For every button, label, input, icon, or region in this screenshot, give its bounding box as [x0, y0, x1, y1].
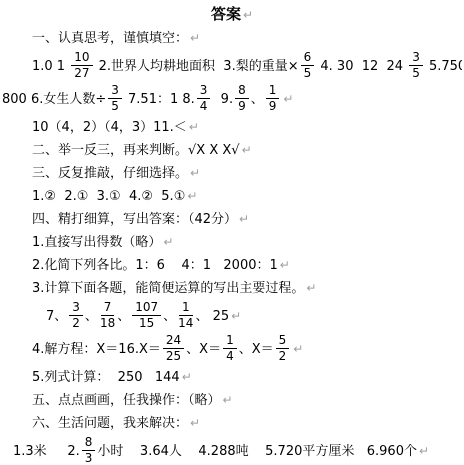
fraction-denominator: 9 — [238, 99, 246, 113]
text-run: 3.计算下面各题，能简便运算的写出主要过程。 — [32, 281, 304, 296]
paragraph-mark-icon: ↵ — [163, 235, 173, 249]
text-run: 四、精打细算，写出答案：（42分） — [32, 212, 237, 227]
text-run: 二、举一反三，再来判断。√X X X√ — [32, 143, 240, 158]
paragraph-mark-icon: ↵ — [280, 258, 290, 272]
paragraph-mark-icon: ↵ — [419, 444, 429, 458]
document-line: 1.0 1 1027 2.世界人均耕地面积 3.梨的重量×65 4. 30 12… — [2, 50, 462, 83]
text-run: 4.解方程：X＝16.X＝ — [32, 342, 161, 357]
fraction-denominator: 4 — [226, 349, 234, 363]
fraction-numerator: 3 — [108, 84, 122, 99]
document-line: 7、32、718、10715、114、 25↵ — [2, 300, 462, 333]
text-run: 、X＝ — [239, 342, 274, 357]
fraction-denominator: 25 — [166, 349, 181, 363]
text-run: 5.列式计算： 250 144 — [32, 370, 180, 385]
text-run: 答案 — [211, 5, 241, 23]
fraction: 89 — [235, 84, 249, 112]
fraction: 114 — [178, 301, 193, 329]
fraction-numerator: 5 — [276, 334, 290, 349]
fraction-denominator: 2 — [72, 316, 80, 330]
text-run: 、 25 — [195, 309, 229, 324]
document-lines: 答案↵一、认真思考，谨慎填空：↵1.0 1 1027 2.世界人均耕地面积 3.… — [2, 2, 462, 465]
fraction-numerator: 1 — [223, 334, 237, 349]
fraction-numerator: 3 — [197, 84, 211, 99]
paragraph-mark-icon: ↵ — [223, 393, 233, 407]
text-run: 、X＝ — [186, 342, 221, 357]
fraction: 35 — [409, 51, 423, 79]
fraction-numerator: 8 — [82, 436, 96, 451]
document-line: 800 6.女生人数÷35 7.51：1 8.34 9.89、19↵ — [2, 83, 462, 116]
fraction-numerator: 7 — [101, 301, 115, 316]
fraction-denominator: 3 — [85, 451, 93, 465]
text-run: 9. — [212, 92, 233, 107]
fraction-numerator: 24 — [163, 334, 184, 349]
fraction: 35 — [108, 84, 122, 112]
fraction-denominator: 5 — [412, 66, 420, 80]
fraction-numerator: 8 — [235, 84, 249, 99]
document-line: 1.直接写出得数（略）↵ — [2, 231, 462, 254]
fraction: 83 — [82, 436, 96, 464]
fraction-denominator: 15 — [139, 316, 154, 330]
fraction: 10715 — [132, 301, 161, 329]
paragraph-mark-icon: ↵ — [293, 342, 303, 356]
fraction-numerator: 3 — [69, 301, 83, 316]
fraction: 19 — [266, 84, 280, 112]
fraction: 34 — [197, 84, 211, 112]
document-line: 4.解方程：X＝16.X＝2425、X＝14、X＝52↵ — [2, 333, 462, 366]
document-line: 六、生活问题，我来解决：↵ — [2, 412, 462, 435]
fraction-denominator: 18 — [100, 316, 115, 330]
text-run: 、 — [117, 309, 130, 324]
document-line: 10（4，2）（4，3）11.＜↵ — [2, 116, 462, 139]
text-run: 一、认真思考，谨慎填空： — [32, 31, 188, 46]
text-run: 、 — [85, 309, 98, 324]
fraction-denominator: 9 — [269, 99, 277, 113]
document-page: 答案↵一、认真思考，谨慎填空：↵1.0 1 1027 2.世界人均耕地面积 3.… — [0, 0, 464, 465]
text-run: 五、点点画画，任我操作：（略） — [32, 393, 221, 408]
fraction: 718 — [100, 301, 115, 329]
document-line: 二、举一反三，再来判断。√X X X√↵ — [2, 139, 462, 162]
document-line: 2.化简下列各比。1：6 4：1 2000：1↵ — [2, 254, 462, 277]
text-run: 4. 30 12 24 — [316, 59, 407, 74]
fraction-denominator: 2 — [279, 349, 287, 363]
document-line: 一、认真思考，谨慎填空：↵ — [2, 27, 462, 50]
text-run: 三、反复推敲，仔细选择。 — [32, 166, 188, 181]
fraction-numerator: 1 — [266, 84, 280, 99]
page-title: 答案↵ — [2, 2, 462, 27]
document-line: 3.计算下面各题，能简便运算的写出主要过程。↵ — [2, 277, 462, 300]
text-run: 1.直接写出得数（略） — [32, 235, 161, 250]
paragraph-mark-icon: ↵ — [242, 143, 252, 157]
fraction-denominator: 4 — [200, 99, 208, 113]
fraction-numerator: 3 — [409, 51, 423, 66]
document-line: 1.② 2.① 3.① 4.② 5.①↵ — [2, 185, 462, 208]
fraction-numerator: 10 — [71, 51, 92, 66]
document-line: 五、点点画画，任我操作：（略）↵ — [2, 389, 462, 412]
text-run: 2.化简下列各比。1：6 4：1 2000：1 — [32, 258, 278, 273]
paragraph-mark-icon: ↵ — [306, 281, 316, 295]
document-line: 三、反复推敲，仔细选择。↵ — [2, 162, 462, 185]
text-run: 10（4，2）（4，3）11.＜ — [32, 120, 187, 135]
text-run: 、 — [163, 309, 176, 324]
text-run: 2.世界人均耕地面积 3.梨的重量× — [95, 59, 299, 74]
paragraph-mark-icon: ↵ — [189, 120, 199, 134]
text-run: 六、生活问题，我来解决： — [32, 416, 188, 431]
paragraph-mark-icon: ↵ — [283, 92, 293, 106]
document-line: 5.列式计算： 250 144↵ — [2, 366, 462, 389]
paragraph-mark-icon: ↵ — [243, 8, 253, 22]
fraction-denominator: 14 — [178, 316, 193, 330]
text-run: 、 — [251, 92, 264, 107]
fraction: 52 — [276, 334, 290, 362]
paragraph-mark-icon: ↵ — [239, 212, 249, 226]
document-line: 四、精打细算，写出答案：（42分）↵ — [2, 208, 462, 231]
text-run: 1.② 2.① 3.① 4.② 5.① — [32, 189, 185, 204]
fraction-numerator: 6 — [301, 51, 315, 66]
text-run: 7、 — [46, 309, 67, 324]
text-run: 1.3米 2. — [13, 444, 80, 459]
fraction: 32 — [69, 301, 83, 329]
text-run: 小时 3.64人 4.288吨 5.720平方厘米 6.960个 — [97, 444, 417, 459]
fraction-numerator: 1 — [179, 301, 193, 316]
paragraph-mark-icon: ↵ — [182, 370, 192, 384]
fraction: 14 — [223, 334, 237, 362]
text-run: 5.750 40 — [425, 59, 462, 74]
fraction-denominator: 5 — [304, 66, 312, 80]
fraction-denominator: 27 — [74, 66, 89, 80]
fraction: 1027 — [71, 51, 92, 79]
text-run: 7.51：1 8. — [124, 92, 195, 107]
paragraph-mark-icon: ↵ — [190, 166, 200, 180]
paragraph-mark-icon: ↵ — [231, 309, 241, 323]
text-run: 1.0 1 — [32, 59, 69, 74]
fraction: 65 — [301, 51, 315, 79]
paragraph-mark-icon: ↵ — [187, 189, 197, 203]
fraction-denominator: 5 — [111, 99, 119, 113]
paragraph-mark-icon: ↵ — [190, 31, 200, 45]
text-run: 800 6.女生人数÷ — [2, 92, 106, 107]
document-line: 1.3米 2.83小时 3.64人 4.288吨 5.720平方厘米 6.960… — [2, 435, 462, 465]
paragraph-mark-icon: ↵ — [190, 416, 200, 430]
fraction: 2425 — [163, 334, 184, 362]
fraction-numerator: 107 — [132, 301, 161, 316]
